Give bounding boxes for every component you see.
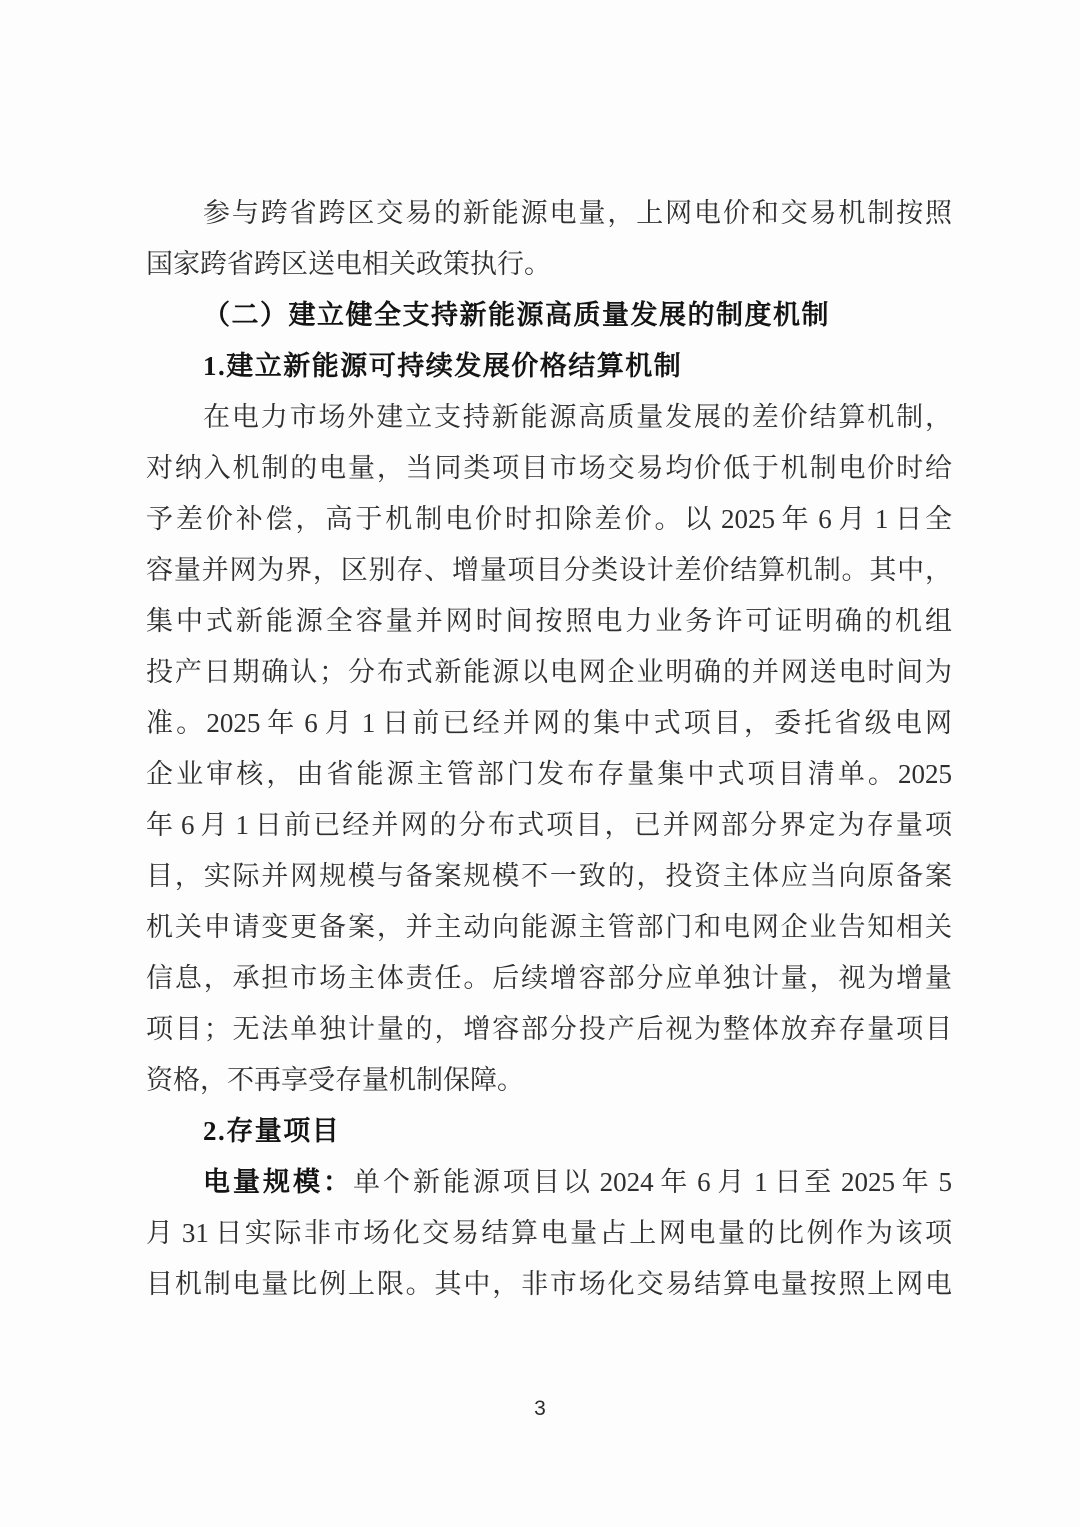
- paragraph-line: 电量规模：单个新能源项目以 2024 年 6 月 1 日至 2025 年 5: [146, 1157, 952, 1208]
- paragraph-line: 月 31 日实际非市场化交易结算电量占上网电量的比例作为该项: [146, 1208, 952, 1259]
- paragraph-line: 企业审核，由省能源主管部门发布存量集中式项目清单。2025: [146, 749, 952, 800]
- document-page: 参与跨省跨区交易的新能源电量，上网电价和交易机制按照 国家跨省跨区送电相关政策执…: [0, 0, 1080, 1527]
- paragraph-line: 参与跨省跨区交易的新能源电量，上网电价和交易机制按照: [146, 188, 952, 239]
- paragraph-line: 年 6 月 1 日前已经并网的分布式项目，已并网部分界定为存量项: [146, 800, 952, 851]
- paragraph-line: 国家跨省跨区送电相关政策执行。: [146, 239, 952, 290]
- paragraph-line: 在电力市场外建立支持新能源高质量发展的差价结算机制，: [146, 392, 952, 443]
- bold-inline-label: 电量规模：: [203, 1167, 353, 1197]
- paragraph-line: 准。2025 年 6 月 1 日前已经并网的集中式项目，委托省级电网: [146, 698, 952, 749]
- paragraph-line: 信息，承担市场主体责任。后续增容部分应单独计量，视为增量: [146, 953, 952, 1004]
- paragraph-text: 单个新能源项目以 2024 年 6 月 1 日至 2025 年 5: [353, 1167, 952, 1197]
- paragraph-line: 目，实际并网规模与备案规模不一致的，投资主体应当向原备案: [146, 851, 952, 902]
- paragraph-line: 集中式新能源全容量并网时间按照电力业务许可证明确的机组: [146, 596, 952, 647]
- subsection-heading-2: 2.存量项目: [146, 1106, 952, 1157]
- paragraph-line: 机关申请变更备案，并主动向能源主管部门和电网企业告知相关: [146, 902, 952, 953]
- paragraph-line: 对纳入机制的电量，当同类项目市场交易均价低于机制电价时给: [146, 443, 952, 494]
- paragraph-line: 项目；无法单独计量的，增容部分投产后视为整体放弃存量项目: [146, 1004, 952, 1055]
- paragraph-line: 目机制电量比例上限。其中，非市场化交易结算电量按照上网电: [146, 1259, 952, 1310]
- subsection-heading-1: 1.建立新能源可持续发展价格结算机制: [146, 341, 952, 392]
- document-text-block: 参与跨省跨区交易的新能源电量，上网电价和交易机制按照 国家跨省跨区送电相关政策执…: [146, 188, 952, 1310]
- paragraph-line: 投产日期确认；分布式新能源以电网企业明确的并网送电时间为: [146, 647, 952, 698]
- paragraph-line: 资格，不再享受存量机制保障。: [146, 1055, 952, 1106]
- paragraph-line: 予差价补偿，高于机制电价时扣除差价。以 2025 年 6 月 1 日全: [146, 494, 952, 545]
- page-number: 3: [0, 1396, 1080, 1422]
- section-heading: （二）建立健全支持新能源高质量发展的制度机制: [146, 290, 952, 341]
- paragraph-line: 容量并网为界，区别存、增量项目分类设计差价结算机制。其中，: [146, 545, 952, 596]
